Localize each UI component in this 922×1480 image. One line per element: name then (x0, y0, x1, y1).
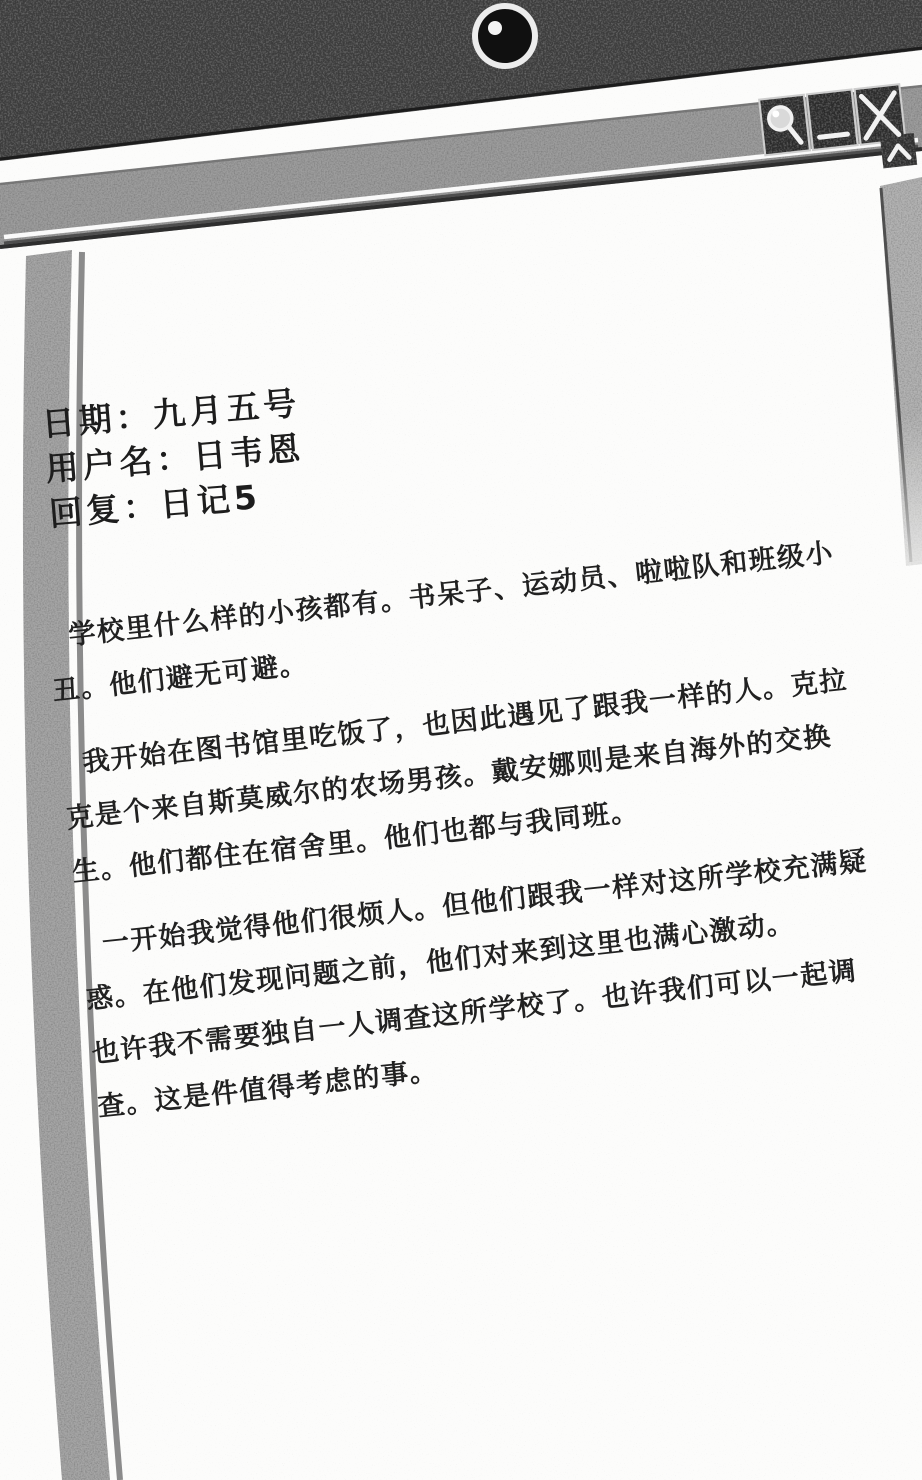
diary-body: 学校里什么样的小孩都有。书呆子、运动员、啦啦队和班级小 丑。他们避无可避。 我开… (44, 521, 922, 1155)
content-area: 日期：九月五号 用户名：日韦恩 回复：日记5 学校里什么样的小孩都有。书呆子、运… (0, 0, 922, 1480)
comic-panel-screen: 日期：九月五号 用户名：日韦恩 回复：日记5 学校里什么样的小孩都有。书呆子、运… (0, 0, 922, 1480)
diary-meta: 日期：九月五号 用户名：日韦恩 回复：日记5 (40, 367, 470, 537)
